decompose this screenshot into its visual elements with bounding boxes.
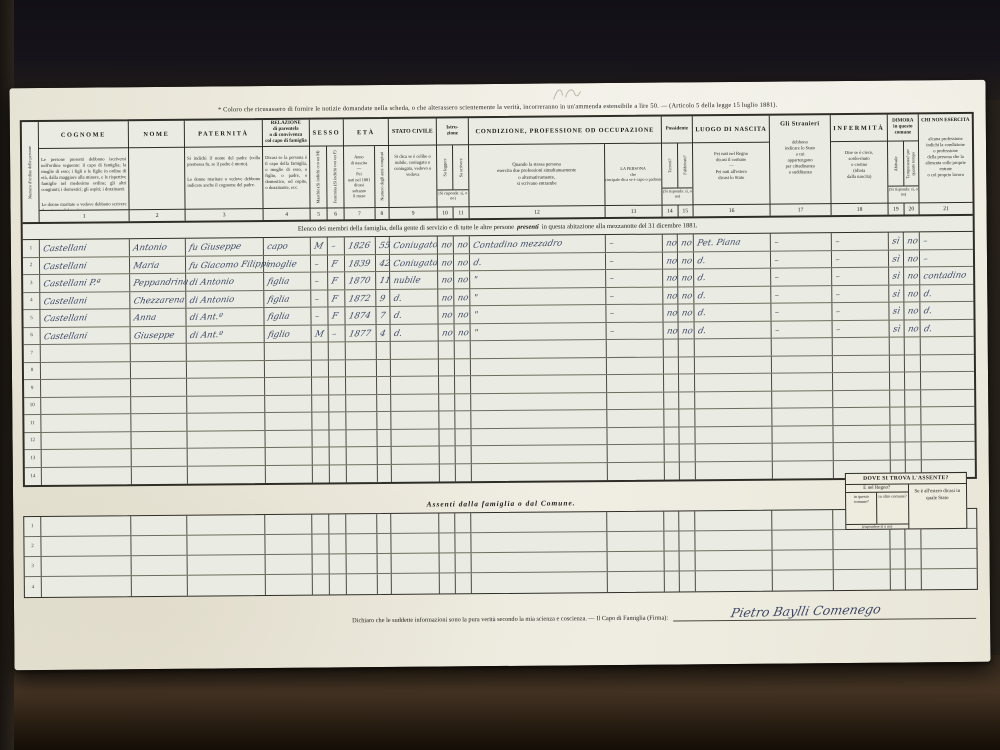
col-title: SESSO	[310, 119, 343, 146]
table-cell	[833, 550, 890, 569]
handwritten-entry: di Antonio	[185, 278, 235, 291]
table-cell	[772, 550, 833, 570]
eta-anno-cell: Anno di nascita — Pei nati nel 1881 dica…	[344, 146, 374, 207]
handwritten-entry: no	[453, 259, 469, 271]
table-cell: no	[662, 304, 677, 321]
table-cell	[679, 551, 695, 570]
table-cell	[606, 375, 663, 392]
table-cell	[664, 571, 679, 591]
table-cell: 1826	[344, 237, 375, 254]
table-cell: F	[327, 255, 344, 272]
temporanea-cell: Temporanea? per quanto tempo	[902, 141, 918, 185]
col-number: 14	[663, 205, 678, 216]
table-cell	[832, 338, 889, 355]
handwritten-entry: "	[469, 329, 478, 341]
table-cell: no	[453, 236, 469, 253]
table-cell	[920, 389, 974, 406]
table-cell: –	[919, 249, 973, 266]
table-cell	[40, 397, 130, 414]
table-cell: –	[831, 250, 888, 267]
handwritten-entry: Castellani	[39, 297, 88, 310]
table-cell	[771, 408, 832, 425]
handwritten-entry: –	[831, 273, 841, 285]
table-cell	[130, 414, 186, 431]
table-cell	[187, 466, 265, 484]
table-cell	[186, 396, 264, 413]
table-cell	[391, 447, 439, 464]
handwritten-entry: –	[770, 273, 780, 285]
col-number: 8	[374, 208, 389, 219]
numero-cell: Numero d'ordine delle persone	[22, 122, 39, 222]
handwritten-entry: no	[453, 294, 469, 306]
table-cell	[905, 549, 921, 568]
handwritten-entry: –	[831, 255, 841, 267]
table-cell	[694, 531, 771, 551]
table-cell	[695, 444, 772, 461]
table-cell	[771, 373, 832, 390]
table-cell	[265, 555, 312, 574]
dimora-subcolumns: Abituale Temporanea? per quanto tempo	[888, 141, 918, 185]
table-cell	[40, 362, 130, 379]
table-cell: d.	[919, 302, 973, 319]
handwritten-entry: –	[831, 290, 841, 302]
col-title: RELAZIONE di parentela o di convivenza c…	[263, 120, 309, 147]
table-cell: sì	[888, 267, 903, 284]
table-cell	[390, 394, 438, 411]
table-cell: no	[903, 285, 919, 302]
table-cell	[376, 514, 390, 533]
handwritten-entry: –	[605, 310, 615, 322]
col-title: STATO CIVILE	[389, 119, 436, 146]
table-cell	[264, 515, 311, 534]
table-cell	[312, 555, 329, 574]
col-number: 13	[604, 206, 661, 217]
table-cell	[439, 573, 455, 593]
table-cell	[663, 511, 678, 530]
table-cell	[390, 514, 438, 533]
handwritten-entry: Coniugata	[389, 259, 439, 272]
handwritten-entry: –	[770, 256, 780, 268]
table-cell	[438, 533, 454, 552]
handwritten-entry: "	[469, 294, 478, 306]
handwritten-entry: F	[327, 312, 338, 324]
condizione-subcolumns: Quando la stessa persona esercita due pr…	[469, 144, 662, 207]
table-cell	[390, 377, 438, 394]
table-cell: –	[605, 305, 662, 322]
table-cell: –	[919, 232, 973, 249]
table-cell: moglie	[263, 255, 310, 272]
table-cell	[130, 361, 186, 378]
table-cell: F	[327, 307, 344, 324]
table-cell	[921, 569, 977, 589]
sesso-f-label: Femmina (Si indichi con un F)	[332, 150, 338, 203]
table-cell	[470, 512, 606, 532]
table-cell	[664, 444, 679, 461]
col-number: 3	[186, 208, 263, 221]
table-cell	[833, 570, 890, 590]
handwritten-entry: no	[677, 327, 693, 339]
subtitle-presenti: presenti	[517, 224, 539, 231]
handwritten-entry: F	[327, 295, 338, 307]
table-cell: Castellani	[39, 239, 129, 256]
table-cell	[187, 575, 265, 596]
table-cell	[186, 361, 264, 378]
table-cell: d.	[693, 269, 770, 286]
temporanea-label: Temporanea? per quanto tempo	[905, 142, 916, 184]
handwritten-entry: –	[605, 327, 615, 339]
handwritten-entry: nubile	[389, 276, 421, 288]
handwritten-entry: Castellani	[39, 262, 88, 275]
table-cell: d.	[389, 289, 437, 306]
table-cell	[663, 409, 678, 426]
table-cell	[694, 374, 771, 391]
handwritten-entry: figlia	[263, 295, 290, 307]
table-cell	[311, 360, 328, 377]
table-cell	[311, 430, 328, 447]
handwritten-entry: no	[662, 327, 678, 339]
handwritten-entry: no	[662, 239, 678, 251]
table-cell	[678, 374, 694, 391]
table-cell	[312, 575, 329, 595]
handwritten-entry: no	[662, 292, 678, 304]
sa-leggere-label: Sa leggere	[442, 158, 448, 176]
table-cell	[328, 395, 345, 412]
table-cell: Coniugato	[389, 237, 437, 254]
table-cell	[833, 443, 890, 460]
col-desc: Pei nati nel Regno dicasi il comune — Pe…	[693, 143, 770, 205]
handwritten-entry: –	[770, 326, 780, 338]
handwritten-entry: sì	[888, 255, 900, 267]
table-cell: contadino	[919, 267, 973, 284]
row-number: 1	[24, 517, 40, 536]
table-cell	[470, 375, 606, 393]
table-cell	[376, 534, 390, 553]
table-cell	[664, 551, 679, 570]
table-cell	[130, 396, 186, 413]
table-cell: no	[903, 302, 919, 319]
table-cell	[678, 357, 694, 374]
col-desc: debbono indicare lo Stato a cui apparten…	[770, 131, 831, 204]
table-cell	[391, 464, 439, 482]
table-cell	[186, 413, 264, 430]
table-cell	[694, 391, 771, 408]
col-desc: Dicasi se la persona è il capo della fam…	[263, 147, 310, 208]
col-sesso: SESSO Maschio (Si indichi con un M) Femm…	[309, 119, 344, 219]
table-cell: no	[663, 322, 678, 339]
handwritten-entry: fu Giacomo Filippi	[185, 260, 270, 274]
table-cell: Giuseppe	[130, 326, 186, 343]
handwritten-entry: F	[327, 260, 338, 272]
table-cell: Chezzarena	[129, 291, 185, 308]
table-cell	[904, 390, 920, 407]
table-cell: no	[903, 267, 919, 284]
table-cell	[186, 515, 264, 535]
handwritten-entry: no	[903, 272, 919, 284]
subtitle-pre: Elenco dei membri della famiglia, della …	[298, 224, 514, 233]
handwritten-entry: figlia	[263, 313, 290, 325]
table-cell	[264, 535, 311, 554]
table-cell	[607, 445, 664, 462]
table-cell	[438, 411, 454, 428]
table-cell	[390, 359, 438, 376]
table-cell	[470, 532, 606, 552]
table-cell	[694, 356, 771, 373]
table-cell	[265, 465, 312, 483]
col-number: 1	[40, 209, 129, 222]
table-cell	[454, 513, 470, 532]
handwritten-entry: 9	[375, 294, 386, 306]
table-cell	[390, 429, 438, 446]
table-cell	[889, 372, 904, 389]
handwritten-entry: capo	[263, 243, 289, 255]
handwritten-entry: d.	[919, 290, 933, 302]
table-cell	[345, 342, 376, 359]
table-cell	[889, 407, 904, 424]
table-cell	[345, 430, 376, 447]
handwritten-entry: d.	[389, 312, 403, 324]
table-cell	[920, 407, 974, 424]
col-number: 11	[453, 207, 469, 218]
table-cell	[328, 377, 345, 394]
table-cell: d.	[694, 321, 771, 338]
table-cell	[390, 342, 438, 359]
absent-location-box: DOVE SI TROVA L'ASSENTE? È nel Regno? in…	[845, 472, 967, 530]
table-cell	[694, 426, 771, 443]
handwritten-entry: d.	[389, 329, 403, 341]
table-cell: Anna	[129, 309, 185, 326]
table-cell: Castellani	[39, 292, 129, 309]
sesso-m-label: Maschio (Si indichi con un M)	[315, 151, 321, 204]
table-cell: figlia	[263, 273, 310, 290]
row-number: 3	[23, 275, 39, 292]
table-cell: no	[437, 271, 453, 288]
table-cell	[890, 569, 905, 589]
table-cell	[345, 377, 376, 394]
handwritten-entry: –	[310, 260, 320, 272]
handwritten-entry: no	[437, 241, 453, 253]
table-cell: nubile	[389, 272, 437, 289]
table-cell: –	[328, 325, 345, 342]
signature: Pietro Baylli Comenego	[726, 603, 882, 621]
col-nome: NOME 2	[128, 121, 185, 221]
col-desc	[129, 148, 185, 209]
table-cell: no	[678, 322, 694, 339]
table-cell: d.	[390, 324, 438, 341]
table-cell	[455, 446, 471, 463]
handwritten-entry: no	[903, 325, 919, 337]
table-cell	[921, 549, 977, 568]
table-cell: 1874	[344, 307, 375, 324]
table-cell	[678, 392, 694, 409]
handwritten-entry: no	[662, 274, 678, 286]
table-cell	[130, 431, 186, 448]
table-cell: –	[771, 321, 832, 338]
handwritten-entry: sì	[888, 325, 900, 337]
table-cell: sì	[888, 250, 903, 267]
handwritten-entry: –	[605, 292, 615, 304]
table-cell: –	[770, 233, 831, 250]
table-cell	[131, 556, 187, 575]
handwritten-entry: no	[453, 329, 469, 341]
row-number: 11	[24, 415, 40, 432]
handwritten-entry: no	[453, 311, 469, 323]
handwritten-entry: F	[327, 277, 338, 289]
col-title: ETÀ	[344, 119, 388, 146]
col-possidente: Possidente Terreni? Fabbricati? (Si risp…	[661, 116, 693, 216]
table-cell	[772, 461, 833, 479]
col-number: 21	[920, 202, 973, 214]
table-cell: figlia	[263, 308, 310, 325]
col-stato-civile: STATO CIVILE Si dica se è celibe o nubil…	[388, 119, 437, 219]
handwritten-entry: M	[310, 330, 324, 342]
handwritten-entry: Pet. Piana	[693, 238, 742, 251]
handwritten-entry: moglie	[263, 260, 298, 272]
col-desc: Dire se è cieco, sordo-muto o cretino (i…	[831, 142, 888, 203]
absent-box-body: È nel Regno? in questo comune? in altro …	[846, 484, 966, 529]
istruzione-subcolumns: Sa leggere Sa scrivere	[437, 145, 468, 189]
table-cell	[771, 530, 832, 550]
table-cell: –	[770, 286, 831, 303]
table-cell	[377, 574, 391, 594]
sesso-subcolumns: Maschio (Si indichi con un M) Femmina (S…	[310, 146, 344, 207]
table-cell	[663, 357, 678, 374]
table-cell: Antonio	[129, 239, 185, 256]
table-cell	[606, 512, 663, 531]
table-header: Numero d'ordine delle persone COGNOME Le…	[22, 114, 973, 224]
col-eta: ETÀ Anno di nascita — Pei nati nel 1881 …	[343, 119, 389, 219]
col-cognome: COGNOME Le persone presenti debbono iscr…	[38, 121, 129, 222]
table-cell	[920, 424, 974, 441]
desc-paragraph: Le donne maritate o vedove debbono indic…	[187, 176, 260, 189]
table-cell: figlio	[264, 325, 311, 342]
col-numero-label: Numero d'ordine delle persone	[27, 146, 33, 199]
table-cell	[471, 445, 607, 463]
table-cell: no	[662, 252, 677, 269]
table-cell: M	[311, 325, 328, 342]
table-cell	[377, 554, 391, 573]
table-cell: no	[677, 234, 693, 251]
handwritten-entry: –	[327, 242, 337, 254]
table-cell: no	[903, 250, 919, 267]
handwritten-entry: Anna	[129, 314, 157, 326]
table-cell: d.	[469, 253, 605, 271]
table-cell	[329, 447, 346, 464]
table-cell	[607, 572, 664, 592]
handwritten-entry: 1877	[344, 329, 371, 341]
table-cell: di Antonio	[185, 291, 263, 308]
table-cell	[311, 515, 328, 534]
table-cell	[264, 395, 311, 412]
handwritten-entry: no	[453, 276, 469, 288]
table-cell: no	[453, 271, 469, 288]
table-cell	[771, 356, 832, 373]
table-cell	[328, 534, 345, 553]
table-cell	[832, 390, 889, 407]
table-cell: 7	[375, 307, 389, 324]
census-body: 1CastellaniAntoniofu GiuseppecapoM–18265…	[23, 232, 975, 485]
table-cell: sì	[888, 232, 903, 249]
table-cell: no	[437, 236, 453, 253]
table-cell	[328, 360, 345, 377]
table-cell: 4	[376, 324, 390, 341]
table-cell: –	[310, 308, 327, 325]
table-cell	[606, 427, 663, 444]
desc-paragraph: Dire se è cieco, sordo-muto o cretino (i…	[833, 150, 885, 180]
table-cell: "	[469, 270, 605, 288]
table-cell	[695, 571, 772, 592]
col-title: CONDIZIONE, PROFESSIONE OD OCCUPAZIONE	[469, 117, 661, 146]
col-title: Possidente	[662, 116, 692, 143]
table-cell	[345, 514, 376, 533]
handwritten-entry: –	[831, 238, 841, 250]
handwritten-entry: d.	[693, 309, 707, 321]
table-cell	[607, 462, 664, 480]
table-cell	[41, 449, 131, 466]
table-cell	[130, 536, 186, 555]
handwritten-entry: no	[437, 294, 453, 306]
handwritten-entry: –	[919, 237, 929, 249]
questo-comune-label: in questo comune?	[846, 493, 877, 524]
table-cell	[311, 343, 328, 360]
handwritten-entry: no	[662, 257, 678, 269]
table-cell	[187, 448, 265, 465]
table-cell	[329, 554, 346, 573]
handwritten-entry: "	[469, 276, 478, 288]
table-cell: Castellani	[40, 327, 130, 344]
table-cell	[921, 442, 975, 459]
table-cell: –	[832, 320, 889, 337]
table-cell	[454, 359, 470, 376]
table-cell	[679, 462, 695, 480]
table-cell	[328, 514, 345, 533]
handwritten-entry: Contadino mezzadro	[469, 240, 563, 254]
table-cell	[264, 413, 311, 430]
table-cell	[772, 570, 833, 591]
signature-line: Pietro Baylli Comenego	[673, 604, 976, 621]
col-number: 17	[771, 203, 831, 216]
table-cell	[832, 373, 889, 390]
table-cell	[695, 551, 772, 571]
col-relazione: RELAZIONE di parentela o di convivenza c…	[262, 120, 310, 220]
col-number: 4	[264, 208, 310, 220]
table-cell: no	[453, 289, 469, 306]
handwritten-entry: 1839	[344, 259, 371, 271]
table-cell	[771, 426, 832, 443]
table-cell: no	[903, 232, 919, 249]
handwritten-entry: –	[310, 313, 320, 325]
table-cell	[186, 343, 264, 360]
handwritten-entry: di Antonio	[185, 295, 235, 308]
table-cell	[438, 376, 454, 393]
table-cell	[470, 358, 606, 376]
table-cell	[390, 412, 438, 429]
col-desc: Le persone presenti debbono iscriversi n…	[39, 148, 129, 210]
handwritten-entry: no	[903, 237, 919, 249]
table-cell	[186, 378, 264, 395]
table-cell	[130, 344, 186, 361]
handwritten-entry: Maria	[129, 261, 160, 273]
table-cell	[772, 443, 833, 460]
row-number: 13	[25, 450, 41, 467]
table-cell	[663, 531, 678, 550]
col-number: 2	[130, 209, 185, 221]
table-cell	[439, 464, 455, 482]
table-cell	[454, 394, 470, 411]
background-desk	[0, 655, 1000, 750]
col-desc: alcuna professione indichi la condizione…	[919, 128, 973, 202]
col-number-pair: 7 8	[345, 207, 389, 219]
handwritten-entry: –	[770, 291, 780, 303]
